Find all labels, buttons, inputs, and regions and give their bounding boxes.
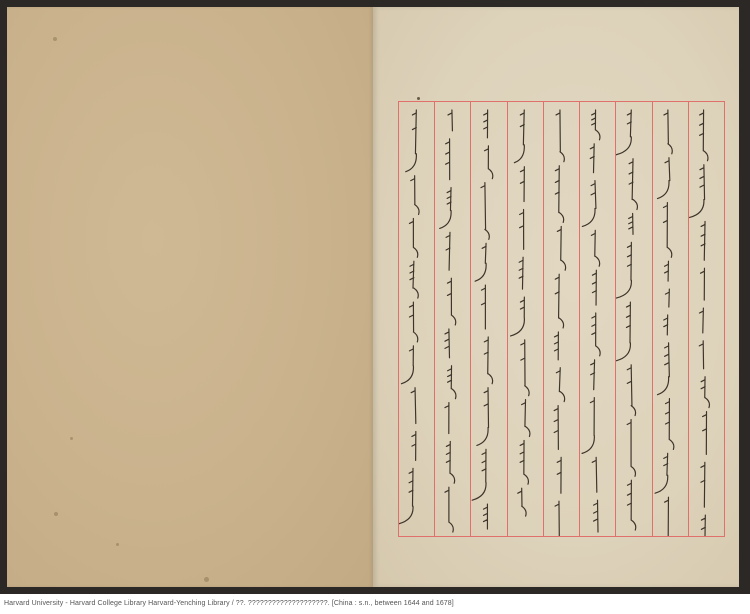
manchu-script-icon — [471, 102, 506, 536]
script-column-8 — [653, 102, 689, 536]
manchu-script-icon — [653, 102, 688, 536]
scan-viewer — [0, 0, 750, 594]
script-column-3 — [471, 102, 507, 536]
script-column-6 — [580, 102, 616, 536]
manchu-script-icon — [689, 102, 724, 536]
manchu-script-icon — [508, 102, 543, 536]
manchu-script-icon — [435, 102, 470, 536]
script-column-2 — [435, 102, 471, 536]
stain-spot — [70, 437, 73, 440]
stain-spot — [54, 512, 58, 516]
script-column-4 — [508, 102, 544, 536]
stain-spot — [53, 37, 57, 41]
stain-spot — [204, 577, 209, 582]
stain-spot — [116, 543, 119, 546]
right-page-manuscript — [373, 7, 739, 587]
ink-dot — [417, 97, 420, 100]
script-column-9 — [689, 102, 724, 536]
script-column-7 — [616, 102, 652, 536]
image-caption: Harvard University - Harvard College Lib… — [4, 600, 454, 607]
script-column-5 — [544, 102, 580, 536]
manchu-script-icon — [580, 102, 615, 536]
script-column-1 — [399, 102, 435, 536]
left-page-blank — [7, 7, 373, 587]
manchu-script-icon — [399, 102, 434, 536]
manchu-script-icon — [544, 102, 579, 536]
ruled-column-grid — [398, 101, 725, 537]
manchu-script-icon — [616, 102, 651, 536]
